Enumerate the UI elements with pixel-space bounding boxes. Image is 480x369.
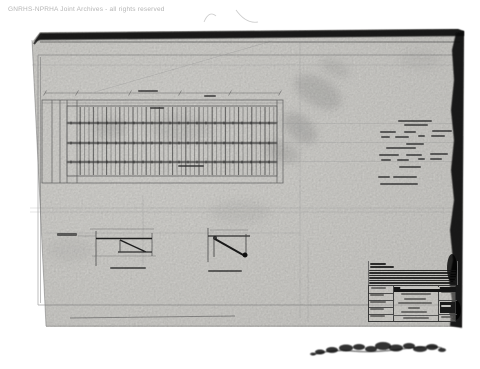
- title-block-rule: [369, 293, 393, 294]
- archival-scan-page: { "watermark": { "text": "GNRHS-NPRHA Jo…: [0, 0, 480, 369]
- general-notes-block: [368, 261, 458, 285]
- drawing-number-box: [440, 302, 455, 313]
- title-block-rule: [369, 307, 393, 308]
- title-block-rule: [369, 300, 393, 301]
- bottom-tear-artifact: [310, 342, 446, 356]
- title-block-header-bar: [394, 287, 456, 293]
- title-block-rule: [438, 314, 457, 315]
- archive-watermark: GNRHS-NPRHA Joint Archives - all rights …: [8, 6, 165, 13]
- title-block: [368, 285, 456, 322]
- title-block-rule: [369, 314, 393, 315]
- pencil-marks: [204, 10, 258, 22]
- title-block-rule: [393, 315, 438, 316]
- title-block-rule: [438, 300, 457, 301]
